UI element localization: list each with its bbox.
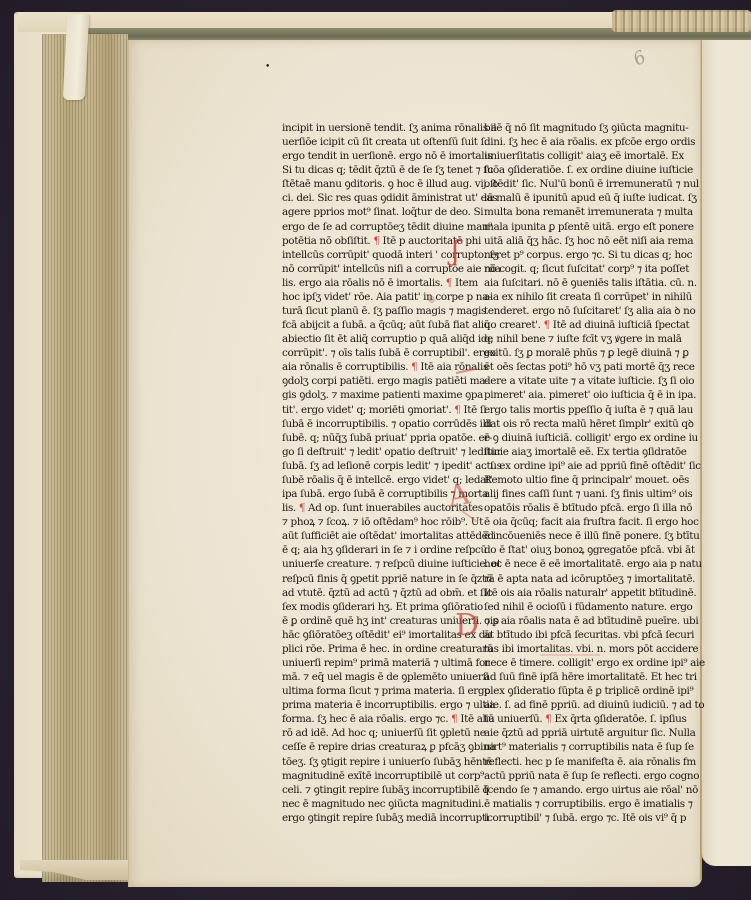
text-line: oſtēdit' ſic. Nul'ū bonū ē irremuneratū …	[484, 177, 659, 191]
vellum-clasp-strip	[63, 14, 90, 100]
text-line: intellcūs corrūpit' quodā interi ' corru…	[282, 248, 456, 262]
text-line: nō cogit. q; ſicut ſuſcitat' corp⁹ ⁊ ita…	[484, 262, 659, 276]
text-line: lū malū ē ipunitū apud eū q̄ iuſte iudic…	[484, 191, 659, 205]
text-line: gis ꝯdolʒ. ⁊ maxime patienti maxime ꝯpa	[282, 388, 456, 402]
text-line: uniuerſitatis colligit' aiaʒ eē imortalē…	[484, 149, 659, 163]
text-line: pimeret' aia. pimeret' oio iuſticia q̄ ē…	[484, 388, 659, 402]
text-line: tit'. ergo videt' q; moriēti ꝯmoriat'. ¶…	[282, 403, 456, 417]
pilcrow-rubric: ¶	[544, 319, 550, 331]
text-line: abiectio ſit ēt aliq̄ corruptio p quā al…	[282, 332, 456, 346]
text-line: uo crearet'. ¶ Itē ad diuinā iuſticiā ſp…	[484, 318, 659, 332]
text-line: ceſſe ē repire drias creaturaꝝ ꝑ pfcāʒ ꝯ…	[282, 740, 456, 754]
pilcrow-rubric: ¶	[373, 235, 379, 247]
text-line: exitū. ſʒ ꝑ moralē phūs ⁊ ꝑ legē diuinā …	[484, 346, 659, 360]
folio-mark: •	[265, 62, 270, 72]
rubric-initial-d: D	[455, 608, 479, 643]
text-line: ē incōueniēs nece ē illū finē ponere. ſʒ…	[484, 529, 659, 543]
text-line: rā ē apta nata ad icōruptōeʒ ⁊ imortalit…	[484, 572, 659, 586]
text-line: tū uniuerſū. ¶ Ex q̄rta ꝯſideratōe. ſ. i…	[484, 712, 659, 726]
text-line: ergo ꝯtingit repire ſubāʒ mediā incorrup…	[282, 811, 456, 825]
text-line: turā ſicut planū ē. ſʒ paſſio magis ⁊ ma…	[282, 304, 456, 318]
text-line: tōeʒ. ſʒ ꝯtigit repire i uniuerſo ſubāʒ …	[282, 755, 456, 769]
text-line: ē ꝑ ordinē quē hʒ int' creaturas uniuerſ…	[282, 614, 456, 628]
text-line: aia rōnalis ē corruptibilis. ¶ Itē aia r…	[282, 360, 456, 374]
pilcrow-rubric: ¶	[451, 713, 457, 725]
text-line: agere pprios mot⁹ ſinat. loq̄tur de deo.…	[282, 205, 456, 219]
text-line: uerſiōe icipit cū ſit creata ut oſtenſū …	[282, 135, 456, 149]
text-line: corrūpit'. ⁊ oīs talis ſubā ē corruptibi…	[282, 346, 456, 360]
text-line: ꝯdolʒ corpi patiēti. ergo magis patiēti …	[282, 374, 456, 388]
text-line: hāc ꝯſiōratōeʒ oſtēdit' ei⁹ imortalitas …	[282, 628, 456, 642]
text-line: dini. ſʒ hec ē aia rōalis. ex pfcōe ergo…	[484, 135, 659, 149]
text-line: reſpcū finis q̄ ꝯpetit ppriē nature in ſ…	[282, 572, 456, 586]
pilcrow-rubric: ¶	[446, 277, 452, 289]
text-line: ⁊ phoꝝ ⁊ ſcoꝝ. ⁊ iō oſtēdam⁹ hoc rōib⁹. …	[282, 515, 456, 529]
text-line: celi. ⁊ ꝯtingit repire ſubāʒ incorruptib…	[282, 783, 456, 797]
text-line: rō ad idē. Ad hoc q; uniuerſū ſit ꝯpletū…	[282, 726, 456, 740]
recto-page-edge	[701, 40, 751, 866]
text-line: ad ſuū finē ipſā hēre imortalitatē. Et h…	[484, 670, 659, 684]
text-line: Si tu dicas q; tēdit q̄ztū ē de ſe ſʒ te…	[282, 163, 456, 177]
pilcrow-rubric: ¶	[299, 502, 305, 514]
text-line: ergo de ſe ad corruptōeʒ tēdit diuine ma…	[282, 220, 456, 234]
text-line: ergo talis mortis ppeſſio q̄ iuſta ē ⁊ q…	[484, 403, 659, 417]
text-line: ci. dei. Sic res quas ꝯdidit āministrat …	[282, 191, 456, 205]
text-line: forma. ſʒ hec ē aia rōalis. ergo ⁊c. ¶ I…	[282, 712, 456, 726]
page-stack-fore-edge	[42, 34, 128, 882]
text-line: ſubē. q; nūq̄ʒ ſubā priuat' ppria opatōe…	[282, 431, 456, 445]
text-line: ſubā. ſʒ ad leſionē corpis ledit' ⁊ iped…	[282, 459, 456, 473]
text-column-right: bilē q̄ nō ſit magnitudo ſʒ ꝯiūcta magni…	[484, 121, 659, 825]
text-line: actū ppriū nata ē ſup ſe reflecti. ergo …	[484, 769, 659, 783]
text-line: mala ipunita ꝑ pſentē uitā. ergo eſt pon…	[484, 220, 659, 234]
text-line: uniuerſi repim⁹ primā materiā ⁊ ultimā f…	[282, 656, 456, 670]
text-line: Remoto ultio fine q̄ principalr' mouet. …	[484, 473, 659, 487]
text-line: bilē q̄ nō ſit magnitudo ſʒ ꝯiūcta magni…	[484, 121, 659, 135]
text-line: nec ē magnitudo nec ꝯiūcta magnitudini.	[282, 797, 456, 811]
text-line: hoc ē nece ē eē imortalitatē. ergo aia p…	[484, 557, 659, 571]
text-line: lis. ergo aia rōalis nō ē imortalis. ¶ I…	[282, 276, 456, 290]
text-line: nece ē timere. colligit' ergo ex ordine …	[484, 656, 659, 670]
text-line: aūt ſufficiēt aie oſtēdat' imortalitas a…	[282, 529, 456, 543]
text-line: icorruptibil' ⁊ ſubā. ergo ⁊c. Itē ois v…	[484, 811, 659, 825]
text-line: nō corrūpit' intellcūs niſi a corruptōe …	[282, 262, 456, 276]
text-line: ē matialis ⁊ corruptibilis. ergo ē imati…	[484, 797, 659, 811]
text-line: dere a vitate uite ⁊ a vitate iuſticie. …	[484, 374, 659, 388]
text-line: Itē ois aia rōalis naturalr' appetit btī…	[484, 586, 659, 600]
text-line: aie q̄ztū ad ppriā uirtutē arguitur ſic.…	[484, 726, 659, 740]
text-line: . ſ. ex ordine ipi⁹ aie ad ppriū finē oſ…	[484, 459, 659, 473]
headband	[612, 10, 751, 32]
ink-stain	[428, 296, 435, 303]
text-line: potētia nō obſiſtit. ¶ Itē p auctoritatē…	[282, 234, 456, 248]
text-line: plici rōe. Prima ē hec. in ordine creatu…	[282, 642, 456, 656]
text-line: plex ꝯſideratio ſūpta ē ꝑ triplicē ordin…	[484, 684, 659, 698]
text-line: ipa ſubā. ergo ſubā ē corruptibilis ⁊ mo…	[282, 487, 456, 501]
text-line: ē oia q̄cūq; facit aia fruſtra facit. ſi…	[484, 515, 659, 529]
text-line: ſticie aiaʒ imortalē eē. Ex tertia ꝯſidr…	[484, 445, 659, 459]
text-line: lis. ¶ Ad op. ſunt inuerabiles auctorita…	[282, 501, 456, 515]
text-line: alij fines caſſi ſunt ⁊ uani. ſʒ finis u…	[484, 487, 659, 501]
text-line: dat ois rō recta malū hēret ſimplr' exit…	[484, 417, 659, 431]
text-line: aia ex nihilo ſit creata ſi corrūpet' in…	[484, 290, 659, 304]
text-line: ēt oēs ſectas poti⁹ hō vʒ pati mortē q̄ʒ…	[484, 360, 659, 374]
text-column-left: incipit in uersionē tendit. ſʒ anima rōn…	[282, 121, 456, 825]
text-line: do ē ſtat' oiuʒ bonoꝝ ꝯgregatōe pfcā. vb…	[484, 543, 659, 557]
text-line: ē q; aia hʒ ꝯſiderari in ſe ⁊ i ordine r…	[282, 543, 456, 557]
text-line: aie. ſ. ad finē ppriū. ad diuinū iudiciū…	[484, 698, 659, 712]
text-line: go ſi deſtruit' ⁊ ledit' opatio deſtruit…	[282, 445, 456, 459]
text-line: ſubā ē incorruptibilis. ⁊ opatio corrūdē…	[282, 417, 456, 431]
pilcrow-rubric: ¶	[411, 361, 417, 373]
text-line: ergo tendit in uerſionē. ergo nō ē imort…	[282, 149, 456, 163]
text-line: multa bona remanēt irremunerata ⁊ multa	[484, 205, 659, 219]
text-line: uitā aliā q̄ʒ hāc. ſʒ hoc nō eēt niſi ai…	[484, 234, 659, 248]
text-line: ultima forma ſicut ⁊ prima materia. ſi e…	[282, 684, 456, 698]
text-line: fcā abijcit a ſubā. a q̄cūq; aūt ſubā fi…	[282, 318, 456, 332]
text-line: opatōis rōalis ē btītudo pfcā. ergo ſi i…	[484, 501, 659, 515]
text-line: ad vtutē. q̄ztū ad actū ⁊ q̄ztū ad obm̄.…	[282, 586, 456, 600]
text-line: ſex modis ꝯſiderari hʒ. Et prima ꝯſiōrat…	[282, 600, 456, 614]
pilcrow-rubric: ¶	[454, 404, 460, 416]
text-line: ſcōa ꝯſideratiōe. ſ. ex ordine diuine iu…	[484, 163, 659, 177]
text-line: neret p⁹ corpus. ergo ⁊c. Si tu dicas q;…	[484, 248, 659, 262]
text-line: ois aia rōalis nata ē ad btītudinē pueīr…	[484, 614, 659, 628]
text-line: q; nihil bene ⁊ iuſte fcīt vʒ ꝟgere in m…	[484, 332, 659, 346]
text-line: reflecti. hec p ſe manifeſta ē. aia rōna…	[484, 755, 659, 769]
text-line: magnitudinē exītē incorruptibilē ut corp…	[282, 769, 456, 783]
text-line: ē ꝯ diuinā iuſticiā. colligit' ergo ex o…	[484, 431, 659, 445]
text-line: ſed nihil ē ocioſū i fūdamento nature. e…	[484, 600, 659, 614]
text-line: ſubē rōalis q̄ ē intellcē. ergo videt' q…	[282, 473, 456, 487]
text-line: āt btītudo ibi pfcā ſecuritas. vbi pfcā …	[484, 628, 659, 642]
text-line: mā. ⁊ eq̄ uel magis ē de ꝯplemēto uniuer…	[282, 670, 456, 684]
text-line: prima materia ē incorruptibilis. ergo ⁊ …	[282, 698, 456, 712]
text-line: tenderet. ergo nō ſuſcitaret' ſʒ alia ai…	[484, 304, 659, 318]
rubric-stroke	[540, 654, 600, 656]
pilcrow-rubric: ¶	[545, 713, 551, 725]
text-line: uirt⁹ materialis ⁊ corruptibilis nata ē …	[484, 740, 659, 754]
text-line: incipit in uersionē tendit. ſʒ anima rōn…	[282, 121, 456, 135]
text-line: ſtētaē manu ꝯditoris. ꝯ hoc ē illud aug.…	[282, 177, 456, 191]
text-line: uniuerſe creature. ⁊ reſpcū diuine iuſti…	[282, 557, 456, 571]
text-line: aia ſuſcitari. nō ē ꝯueniēs talis iſtāti…	[484, 276, 659, 290]
text-line: ſcendo ſe ⁊ amando. ergo uirtus aie rōal…	[484, 783, 659, 797]
